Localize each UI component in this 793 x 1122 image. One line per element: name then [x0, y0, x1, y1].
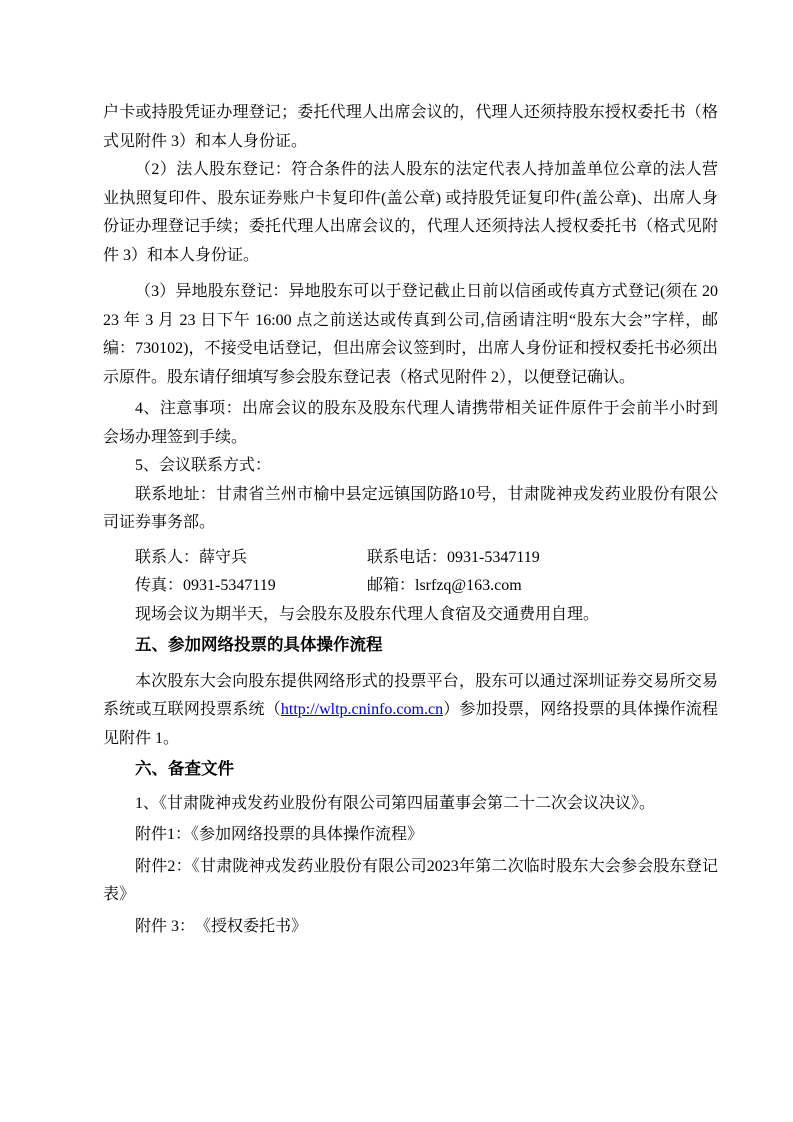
contact-fax: 传真：0931-5347119: [135, 572, 367, 601]
contact-person: 联系人：薛守兵: [135, 544, 367, 573]
contact-email: 邮箱：lsrfzq@163.com: [367, 572, 718, 601]
paragraph-onsite-note: 现场会议为期半天，与会股东及股东代理人食宿及交通费用自理。: [103, 601, 718, 630]
paragraph-contact-address: 联系地址：甘肃省兰州市榆中县定远镇国防路10号，甘肃陇神戎发药业股份有限公司证券…: [103, 481, 718, 538]
paragraph-attachment-3: 附件 3： 《授权委托书》: [103, 913, 718, 942]
document-content: 户卡或持股凭证办理登记；委托代理人出席会议的，代理人还须持股东授权委托书（格式见…: [103, 99, 718, 941]
section-heading-online-voting: 五、参加网络投票的具体操作流程: [103, 631, 718, 660]
paragraph-legal-person-registration: （2）法人股东登记：符合条件的法人股东的法定代表人持加盖单位公章的法人营业执照复…: [103, 156, 718, 270]
paragraph-online-voting: 本次股东大会向股东提供网络形式的投票平台，股东可以通过深圳证券交易所交易系统或互…: [103, 668, 718, 754]
paragraph-notes: 4、注意事项：出席会议的股东及股东代理人请携带相关证件原件于会前半小时到会场办理…: [103, 395, 718, 452]
paragraph-attachment-1: 附件1：《参加网络投票的具体操作流程》: [103, 821, 718, 850]
contact-phone: 联系电话：0931-5347119: [367, 544, 718, 573]
paragraph-attachment-2: 附件2：《甘肃陇神戎发药业股份有限公司2023年第二次临时股东大会参会股东登记表…: [103, 853, 718, 910]
contact-row-person-phone: 联系人：薛守兵 联系电话：0931-5347119: [103, 544, 718, 573]
contact-row-fax-email: 传真：0931-5347119 邮箱：lsrfzq@163.com: [103, 572, 718, 601]
paragraph-individual-registration-continued: 户卡或持股凭证办理登记；委托代理人出席会议的，代理人还须持股东授权委托书（格式见…: [103, 99, 718, 156]
section-heading-documents: 六、备查文件: [103, 755, 718, 784]
document-page: 户卡或持股凭证办理登记；委托代理人出席会议的，代理人还须持股东授权委托书（格式见…: [0, 0, 793, 1122]
paragraph-contact-heading: 5、会议联系方式：: [103, 452, 718, 481]
voting-system-link[interactable]: http://wltp.cninfo.com.cn: [281, 701, 443, 718]
paragraph-remote-registration: （3）异地股东登记：异地股东可以于登记截止日前以信函或传真方式登记(须在 202…: [103, 278, 718, 392]
paragraph-document-item-1: 1、《甘肃陇神戎发药业股份有限公司第四届董事会第二十二次会议决议》。: [103, 790, 718, 819]
